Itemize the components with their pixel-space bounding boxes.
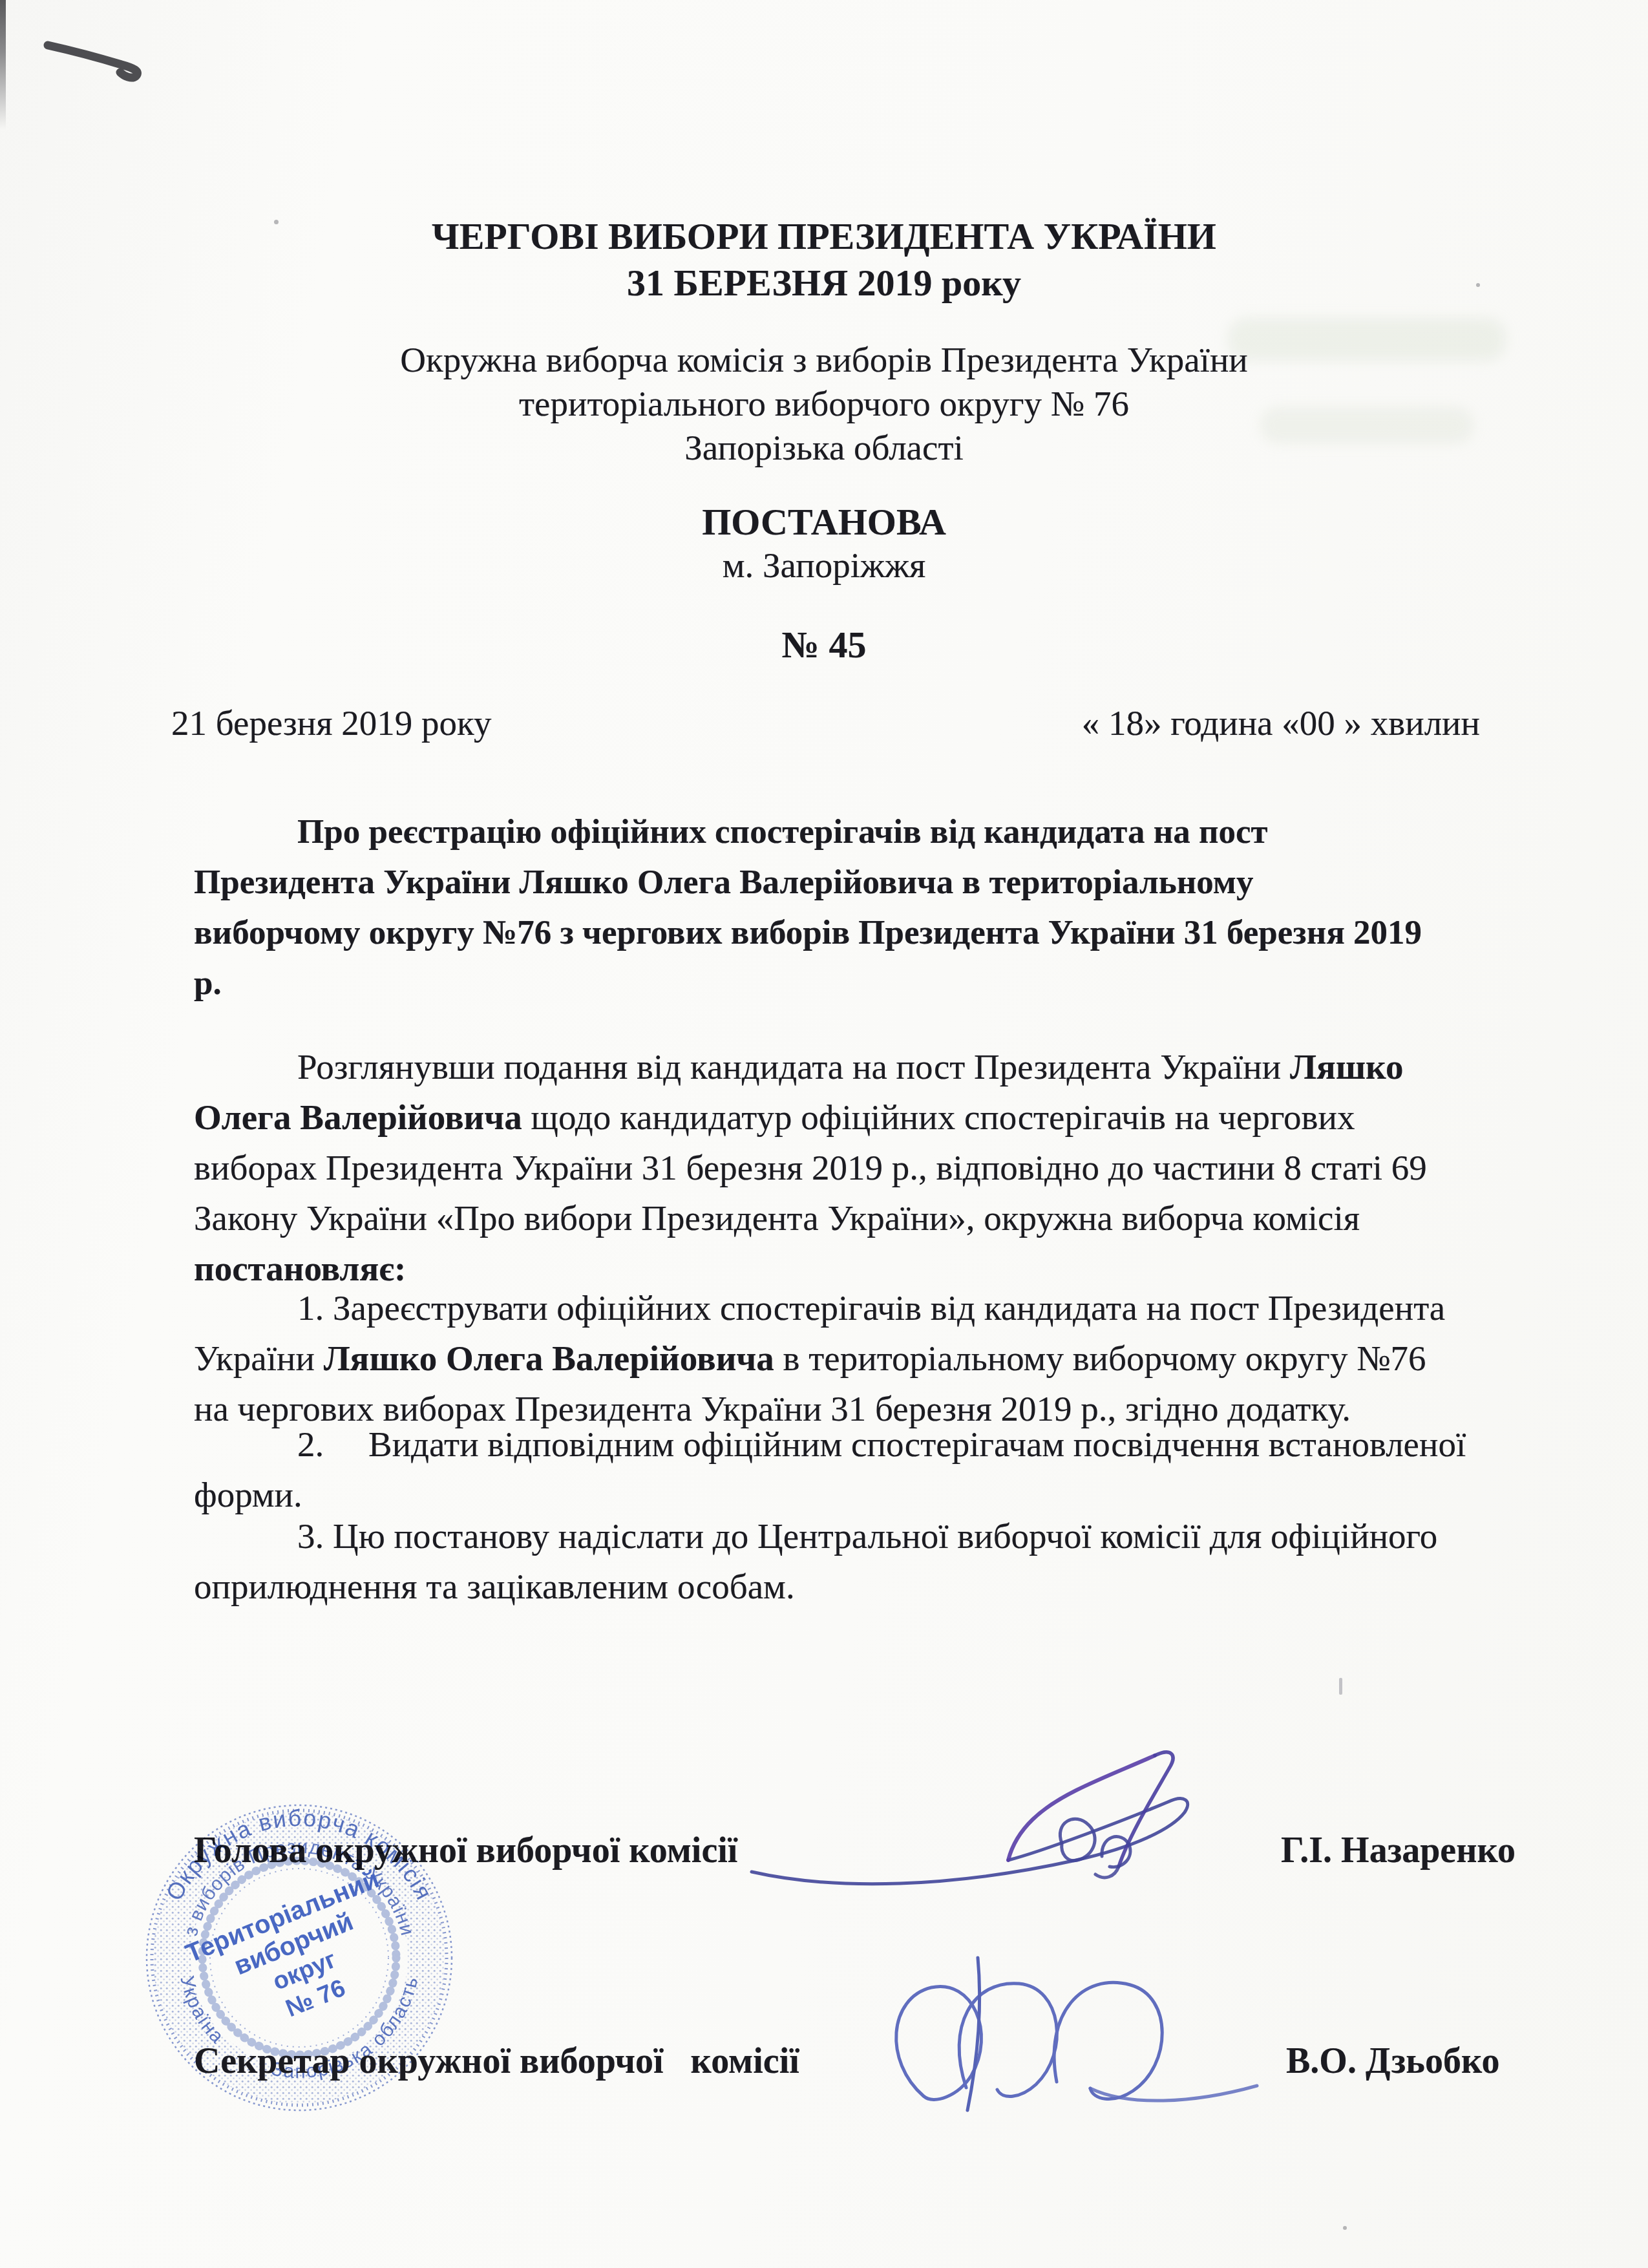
secretary-signature-name: В.О. Дзьобко xyxy=(1286,2036,1499,2086)
preamble-line: виборах Президента України 31 березня 20… xyxy=(194,1143,1507,1193)
doc-type: ПОСТАНОВА xyxy=(0,499,1648,546)
date-time-row: 21 березня 2019 року « 18» година «00 » … xyxy=(171,702,1480,745)
subject-line: Про реєстрацію офіційних спостерігачів в… xyxy=(194,807,1507,857)
preamble-line: Закону України «Про вибори Президента Ук… xyxy=(194,1193,1507,1244)
secretary-signature-scribble xyxy=(869,1955,1309,2123)
head-signature-name: Г.І. Назаренко xyxy=(1281,1825,1516,1876)
resolution-item-3: 3. Цю постанову надіслати до Центральної… xyxy=(194,1511,1507,1612)
scan-edge-shadow xyxy=(0,0,6,129)
item1-line: 1. Зареєструвати офіційних спостерігачів… xyxy=(194,1283,1507,1333)
candidate-name-bold: Ляшко Олега Валерійовича xyxy=(324,1339,774,1378)
org-line1: Окружна виборча комісія з виборів Презид… xyxy=(0,339,1648,381)
scan-artifact-mark xyxy=(1339,1678,1342,1695)
org-line2: територіального виборчого округу № 76 xyxy=(0,383,1648,425)
scan-artifact-dot xyxy=(1343,2226,1347,2230)
doc-title-line1: ЧЕРГОВІ ВИБОРИ ПРЕЗИДЕНТА УКРАЇНИ xyxy=(0,213,1648,260)
doc-city: м. Запоріжжя xyxy=(0,544,1648,587)
item3-line: оприлюднення та зацікавленим особам. xyxy=(194,1562,1507,1612)
item3-line: 3. Цю постанову надіслати до Центральної… xyxy=(194,1511,1507,1562)
item1-text: в територіальному виборчому округу №76 xyxy=(774,1339,1426,1378)
org-line3: Запорізька області xyxy=(0,427,1648,469)
head-signature-scribble xyxy=(740,1745,1231,1900)
doc-number: № 45 xyxy=(0,622,1648,668)
preamble-line: Олега Валерійовича щодо кандидатур офіці… xyxy=(194,1092,1507,1143)
subject-line: р. xyxy=(194,958,1507,1008)
candidate-name-bold: Олега Валерійовича xyxy=(194,1097,522,1137)
item1-line: України Ляшко Олега Валерійовича в терит… xyxy=(194,1333,1507,1384)
subject-line: виборчому округу №76 з чергових виборів … xyxy=(194,907,1507,958)
subject-line: Президента України Ляшко Олега Валерійов… xyxy=(194,857,1507,907)
item2-line: 2. Видати відповідним офіційним спостері… xyxy=(194,1419,1507,1470)
candidate-name-bold: Ляшко xyxy=(1290,1047,1404,1086)
doc-title-line2: 31 БЕРЕЗНЯ 2019 року xyxy=(0,260,1648,306)
resolution-item-1: 1. Зареєструвати офіційних спостерігачів… xyxy=(194,1283,1507,1434)
preamble-paragraph: Розглянувши подання від кандидата на пос… xyxy=(194,1042,1507,1294)
scanned-document-page: ЧЕРГОВІ ВИБОРИ ПРЕЗИДЕНТА УКРАЇНИ 31 БЕР… xyxy=(0,0,1648,2268)
preamble-line: Розглянувши подання від кандидата на пос… xyxy=(194,1042,1507,1092)
preamble-text: Розглянувши подання від кандидата на пос… xyxy=(297,1047,1290,1086)
item1-text: України xyxy=(194,1339,324,1378)
doc-date: 21 березня 2019 року xyxy=(171,702,491,745)
pen-mark-artifact xyxy=(39,31,168,89)
resolution-item-2: 2. Видати відповідним офіційним спостері… xyxy=(194,1419,1507,1520)
doc-time: « 18» година «00 » хвилин xyxy=(1082,702,1480,745)
preamble-text: щодо кандидатур офіційних спостерігачів … xyxy=(522,1097,1355,1137)
secretary-signature-label: Секретар окружної виборчої комісії xyxy=(194,2036,799,2086)
subject-paragraph: Про реєстрацію офіційних спостерігачів в… xyxy=(194,807,1507,1008)
